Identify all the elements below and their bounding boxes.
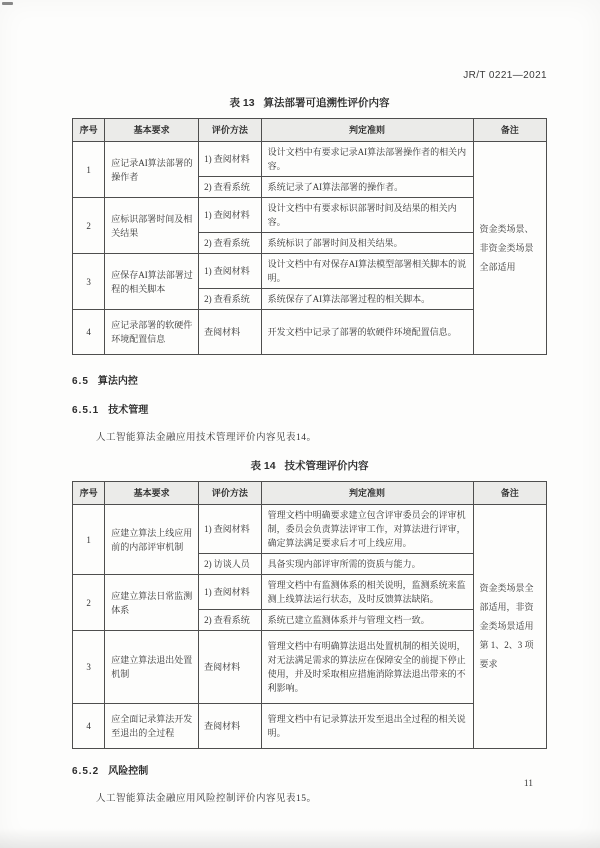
table14-title-text: 技术管理评价内容 xyxy=(285,460,369,472)
judgment-criteria: 管理文档中明确要求建立包含评审委员会的评审机制，委员会负责算法评审工作，对算法进… xyxy=(261,505,473,554)
row-number: 1 xyxy=(73,142,105,198)
section-6-5-heading: 6.5算法内控 xyxy=(72,372,547,387)
evaluation-method: 1) 查阅材料 xyxy=(199,142,262,177)
column-header: 判定准则 xyxy=(261,482,473,505)
judgment-criteria: 管理文档中有明确算法退出处置机制的相关说明，对无法满足需求的算法应在保障安全的前… xyxy=(261,631,473,704)
basic-requirement: 应建立算法日常监测体系 xyxy=(105,575,199,631)
row-number: 4 xyxy=(73,310,105,355)
section-6-5-1-heading: 6.5.1技术管理 xyxy=(72,401,547,416)
basic-requirement: 应建立算法退出处置机制 xyxy=(105,631,199,704)
evaluation-method: 1) 查阅材料 xyxy=(199,198,262,233)
basic-requirement: 应建立算法上线应用前的内部评审机制 xyxy=(105,505,199,575)
judgment-criteria: 开发文档中记录了部署的软硬件环境配置信息。 xyxy=(261,310,473,355)
basic-requirement: 应标识部署时间及相关结果 xyxy=(105,198,199,254)
column-header: 基本要求 xyxy=(105,119,199,142)
basic-requirement: 应记录AI算法部署的操作者 xyxy=(105,142,199,198)
table13-label: 表 13 xyxy=(229,97,254,109)
evaluation-method: 查阅材料 xyxy=(199,631,262,704)
document-page: JR/T 0221—2021 表 13算法部署可追溯性评价内容 序号基本要求评价… xyxy=(0,0,600,848)
section-number: 6.5.2 xyxy=(72,766,99,777)
judgment-criteria: 系统已建立监测体系并与管理文档一致。 xyxy=(261,610,473,631)
section-title: 算法内控 xyxy=(98,376,138,387)
row-number: 1 xyxy=(73,505,105,575)
judgment-criteria: 设计文档中有对保存AI算法模型部署相关脚本的说明。 xyxy=(261,254,473,289)
column-header: 基本要求 xyxy=(105,482,199,505)
paragraph-6-5-1: 人工智能算法金融应用技术管理评价内容见表14。 xyxy=(72,429,547,443)
evaluation-method: 2) 查看系统 xyxy=(199,177,262,198)
basic-requirement: 应保存AI算法部署过程的相关脚本 xyxy=(105,254,199,310)
row-number: 4 xyxy=(73,704,105,749)
column-header: 判定准则 xyxy=(261,119,473,142)
section-number: 6.5.1 xyxy=(72,405,99,416)
evaluation-method: 2) 访谈人员 xyxy=(199,554,262,575)
header-row: 序号基本要求评价方法判定准则备注 xyxy=(73,119,547,142)
table13-title: 表 13算法部署可追溯性评价内容 xyxy=(72,95,547,110)
judgment-criteria: 系统记录了AI算法部署的操作者。 xyxy=(261,177,473,198)
judgment-criteria: 系统标识了部署时间及相关结果。 xyxy=(261,233,473,254)
table13-title-text: 算法部署可追溯性评价内容 xyxy=(264,97,390,109)
column-header: 评价方法 xyxy=(199,119,262,142)
row-number: 3 xyxy=(73,254,105,310)
section-number: 6.5 xyxy=(72,376,89,387)
judgment-criteria: 管理文档中有监测体系的相关说明，监测系统来监测上线算法运行状态，及时反馈算法缺陷… xyxy=(261,575,473,610)
paragraph-6-5-2: 人工智能算法金融应用风险控制评价内容见表15。 xyxy=(72,790,547,804)
row-number: 3 xyxy=(73,631,105,704)
judgment-criteria: 设计文档中有要求记录AI算法部署操作者的相关内容。 xyxy=(261,142,473,177)
column-header: 备注 xyxy=(473,482,547,505)
doc-number: JR/T 0221—2021 xyxy=(72,70,547,82)
section-title: 风险控制 xyxy=(108,766,148,777)
row-number: 2 xyxy=(73,575,105,631)
remark: 资金类场景、非资金类场景全部适用 xyxy=(473,142,547,355)
evaluation-method: 查阅材料 xyxy=(199,704,262,749)
evaluation-method: 1) 查阅材料 xyxy=(199,575,262,610)
column-header: 序号 xyxy=(73,482,105,505)
evaluation-method: 1) 查阅材料 xyxy=(199,505,262,554)
evaluation-method: 查阅材料 xyxy=(199,310,262,355)
table14: 序号基本要求评价方法判定准则备注1应建立算法上线应用前的内部评审机制1) 查阅材… xyxy=(72,481,547,749)
section-6-5-2-heading: 6.5.2风险控制 xyxy=(72,762,547,777)
table-row: 1应记录AI算法部署的操作者1) 查阅材料设计文档中有要求记录AI算法部署操作者… xyxy=(73,142,547,177)
column-header: 备注 xyxy=(473,119,547,142)
judgment-criteria: 设计文档中有要求标识部署时间及结果的相关内容。 xyxy=(261,198,473,233)
remark: 资金类场景全部适用，非资金类场景适用第 1、2、3 项要求 xyxy=(473,505,547,749)
column-header: 序号 xyxy=(73,119,105,142)
table13: 序号基本要求评价方法判定准则备注1应记录AI算法部署的操作者1) 查阅材料设计文… xyxy=(72,118,547,355)
evaluation-method: 1) 查阅材料 xyxy=(199,254,262,289)
page-content: JR/T 0221—2021 表 13算法部署可追溯性评价内容 序号基本要求评价… xyxy=(0,0,600,804)
table14-title: 表 14技术管理评价内容 xyxy=(72,458,547,473)
judgment-criteria: 管理文档中有记录算法开发至退出全过程的相关说明。 xyxy=(261,704,473,749)
evaluation-method: 2) 查看系统 xyxy=(199,610,262,631)
basic-requirement: 应全面记录算法开发至退出的全过程 xyxy=(105,704,199,749)
section-title: 技术管理 xyxy=(108,405,148,416)
scan-artifact xyxy=(2,2,13,5)
header-row: 序号基本要求评价方法判定准则备注 xyxy=(73,482,547,505)
evaluation-method: 2) 查看系统 xyxy=(199,289,262,310)
row-number: 2 xyxy=(73,198,105,254)
basic-requirement: 应记录部署的软硬件环境配置信息 xyxy=(105,310,199,355)
table14-label: 表 14 xyxy=(250,460,275,472)
column-header: 评价方法 xyxy=(199,482,262,505)
judgment-criteria: 具备实现内部评审所需的资质与能力。 xyxy=(261,554,473,575)
table-row: 1应建立算法上线应用前的内部评审机制1) 查阅材料管理文档中明确要求建立包含评审… xyxy=(73,505,547,554)
judgment-criteria: 系统保存了AI算法部署过程的相关脚本。 xyxy=(261,289,473,310)
page-number: 11 xyxy=(524,779,533,789)
evaluation-method: 2) 查看系统 xyxy=(199,233,262,254)
